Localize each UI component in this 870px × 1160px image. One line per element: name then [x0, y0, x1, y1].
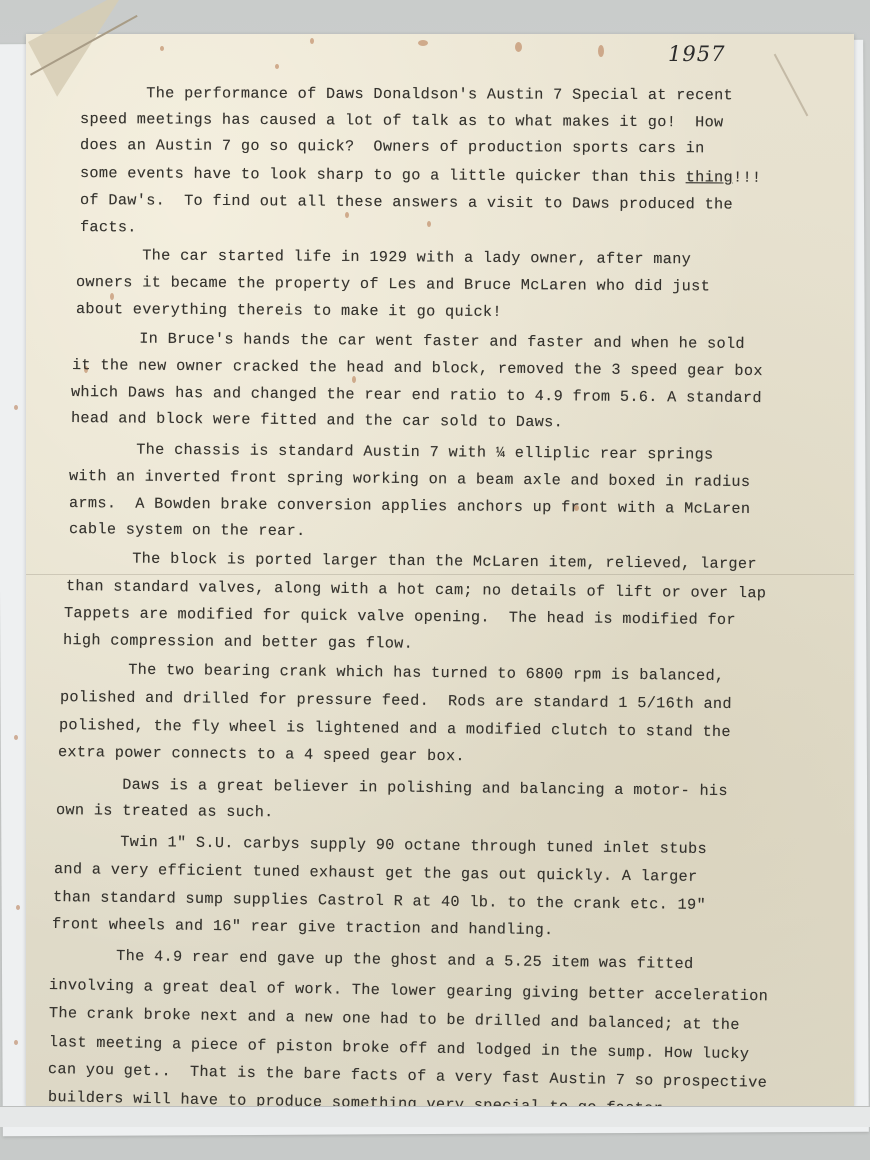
stain-spot [427, 221, 431, 227]
typed-line: facts. [80, 218, 137, 236]
stain-spot [345, 212, 349, 218]
stain-spot [418, 40, 428, 46]
stain-spot [310, 38, 314, 44]
stain-spot [14, 735, 18, 740]
typed-line: speed meetings has caused a lot of talk … [80, 110, 724, 131]
stain-spot [16, 905, 20, 910]
stain-spot [14, 405, 18, 410]
handwritten-year: 1957 [668, 42, 725, 66]
stain-spot [352, 376, 356, 383]
typed-line: own is treated as such. [56, 801, 274, 821]
typed-line: cable system on the rear. [69, 520, 306, 540]
typed-line: high compression and better gas flow. [63, 631, 413, 653]
paper-bottom-edge [0, 1106, 870, 1127]
typed-line: about everything thereis to make it go q… [76, 300, 502, 321]
stain-spot [598, 45, 604, 57]
stain-spot [160, 46, 164, 51]
typed-line: The performance of Daws Donaldson's Aust… [80, 84, 733, 104]
paper-crease [26, 574, 854, 575]
stain-spot [515, 42, 522, 52]
typed-line: does an Austin 7 go so quick? Owners of … [80, 136, 705, 157]
stain-spot [275, 64, 279, 69]
stain-spot [110, 293, 114, 300]
stain-spot [14, 1040, 18, 1045]
underlined-word: thing [686, 168, 733, 186]
